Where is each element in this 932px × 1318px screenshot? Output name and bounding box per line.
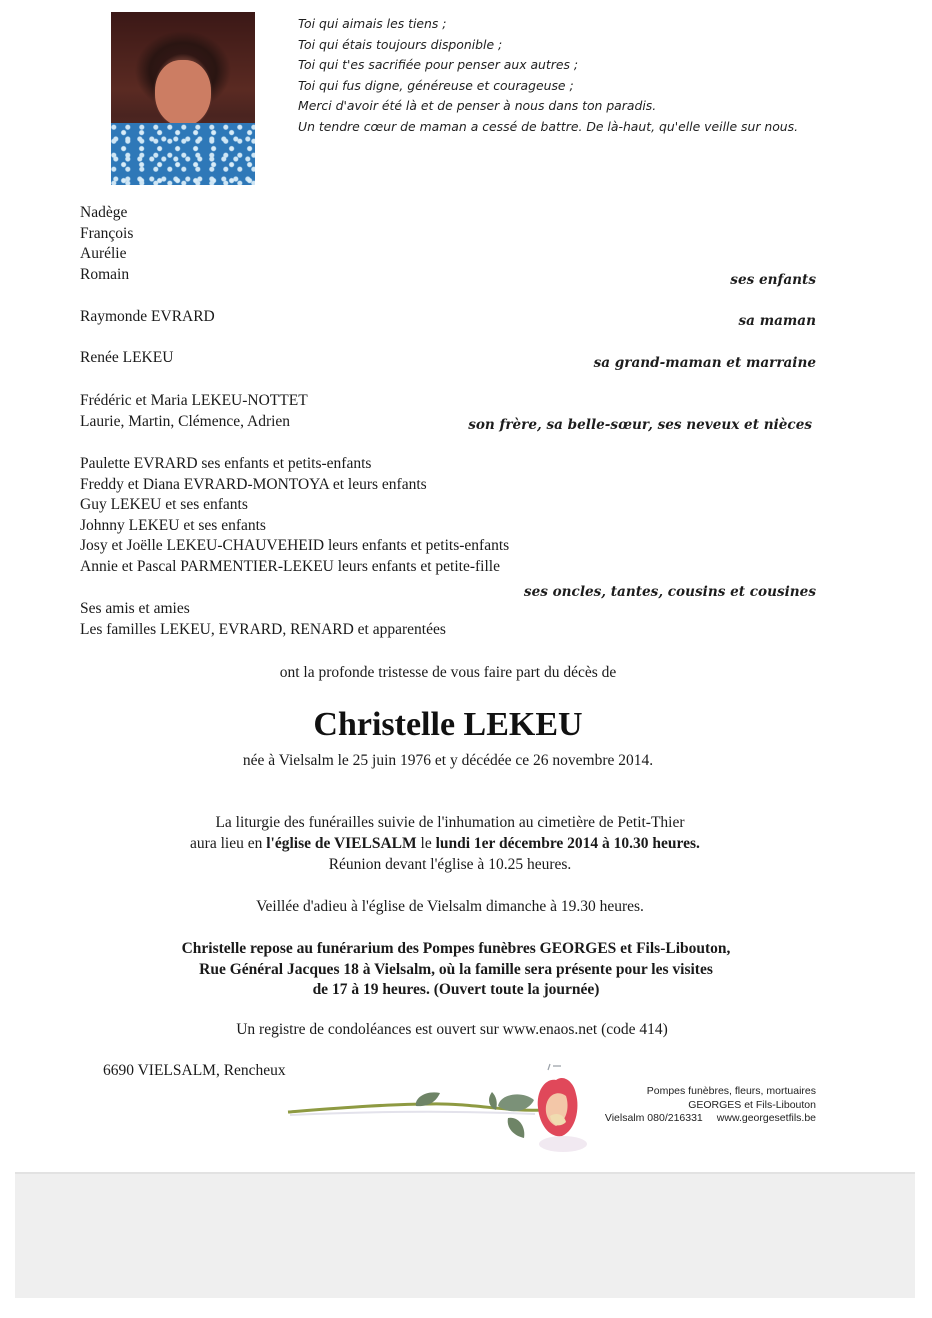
poem-line: Toi qui t'es sacrifiée pour penser aux a… xyxy=(298,55,838,76)
friends-names: Ses amis et amies Les familles LEKEU, EV… xyxy=(80,599,446,640)
ceremony-place: l'église de VIELSALM xyxy=(266,835,416,852)
face-shape xyxy=(155,60,211,126)
name-line: Nadège xyxy=(80,203,133,224)
funerarium-line: de 17 à 19 heures. (Ouvert toute la jour… xyxy=(0,980,912,1001)
relation-brother: son frère, sa belle-sœur, ses neveux et … xyxy=(468,415,812,435)
portrait-photo xyxy=(111,12,255,185)
funeral-company: Pompes funèbres, fleurs, mortuaires GEOR… xyxy=(605,1085,816,1126)
condolences-register: Un registre de condoléances est ouvert s… xyxy=(0,1020,904,1041)
funerarium-info: Christelle repose au funérarium des Pomp… xyxy=(0,939,912,1001)
poem-line: Toi qui aimais les tiens ; xyxy=(298,14,838,35)
name-line: Paulette EVRARD ses enfants et petits-en… xyxy=(80,454,509,475)
name-line: Annie et Pascal PARMENTIER-LEKEU leurs e… xyxy=(80,557,509,578)
name-line: Laurie, Martin, Clémence, Adrien xyxy=(80,412,308,433)
mother-name: Raymonde EVRARD xyxy=(80,307,215,328)
vigil-line: Veillée d'adieu à l'église de Vielsalm d… xyxy=(0,897,900,918)
children-names: Nadège François Aurélie Romain xyxy=(80,203,133,285)
company-tagline: Pompes funèbres, fleurs, mortuaires xyxy=(605,1085,816,1099)
poem-line: Un tendre cœur de maman a cessé de battr… xyxy=(298,117,838,138)
name-line: Freddy et Diana EVRARD-MONTOYA et leurs … xyxy=(80,475,509,496)
ceremony-line-1: La liturgie des funérailles suivie de l'… xyxy=(0,813,900,834)
scan-margin-band xyxy=(15,1172,915,1298)
ceremony-text: aura lieu en xyxy=(190,835,266,852)
ceremony-line-2: aura lieu en l'église de VIELSALM le lun… xyxy=(0,834,890,855)
funerarium-line: Rue Général Jacques 18 à Vielsalm, où la… xyxy=(0,960,912,981)
name-line: François xyxy=(80,224,133,245)
poem: Toi qui aimais les tiens ; Toi qui étais… xyxy=(298,14,838,137)
relation-mother: sa maman xyxy=(739,311,816,331)
funerarium-line: Christelle repose au funérarium des Pomp… xyxy=(0,939,912,960)
company-name: GEORGES et Fils-Libouton xyxy=(605,1099,816,1113)
poem-line: Merci d'avoir été là et de penser à nous… xyxy=(298,96,838,117)
name-line: Romain xyxy=(80,265,133,286)
company-contact: Vielsalm 080/216331www.georgesetfils.be xyxy=(605,1112,816,1126)
brother-names: Frédéric et Maria LEKEU-NOTTET Laurie, M… xyxy=(80,391,308,432)
name-line: Johnny LEKEU et ses enfants xyxy=(80,516,509,537)
name-line: Guy LEKEU et ses enfants xyxy=(80,495,509,516)
extended-family-names: Paulette EVRARD ses enfants et petits-en… xyxy=(80,454,509,578)
company-website[interactable]: www.georgesetfils.be xyxy=(717,1112,816,1124)
company-phone: Vielsalm 080/216331 xyxy=(605,1112,703,1124)
poem-line: Toi qui étais toujours disponible ; xyxy=(298,35,838,56)
shirt-shape xyxy=(111,123,255,185)
name-line: Josy et Joëlle LEKEU-CHAUVEHEID leurs en… xyxy=(80,536,509,557)
relation-extended: ses oncles, tantes, cousins et cousines xyxy=(524,582,816,602)
name-line: Ses amis et amies xyxy=(80,599,446,620)
grandmother-name: Renée LEKEU xyxy=(80,348,173,369)
family-address: 6690 VIELSALM, Rencheux xyxy=(103,1061,286,1082)
name-line: Aurélie xyxy=(80,244,133,265)
deceased-name: Christelle LEKEU xyxy=(0,705,896,745)
relation-children: ses enfants xyxy=(730,270,816,290)
poem-line: Toi qui fus digne, généreuse et courageu… xyxy=(298,76,838,97)
relation-grandmother: sa grand-maman et marraine xyxy=(594,353,816,373)
birth-death-dates: née à Vielsalm le 25 juin 1976 et y décé… xyxy=(0,751,896,772)
ceremony-datetime: lundi 1er décembre 2014 à 10.30 heures. xyxy=(436,835,700,852)
rose-icon xyxy=(280,1060,600,1155)
name-line: Frédéric et Maria LEKEU-NOTTET xyxy=(80,391,308,412)
ceremony-line-3: Réunion devant l'église à 10.25 heures. xyxy=(0,855,900,876)
announcement-intro: ont la profonde tristesse de vous faire … xyxy=(0,663,896,684)
name-line: Les familles LEKEU, EVRARD, RENARD et ap… xyxy=(80,620,446,641)
ceremony-text: le xyxy=(417,835,436,852)
